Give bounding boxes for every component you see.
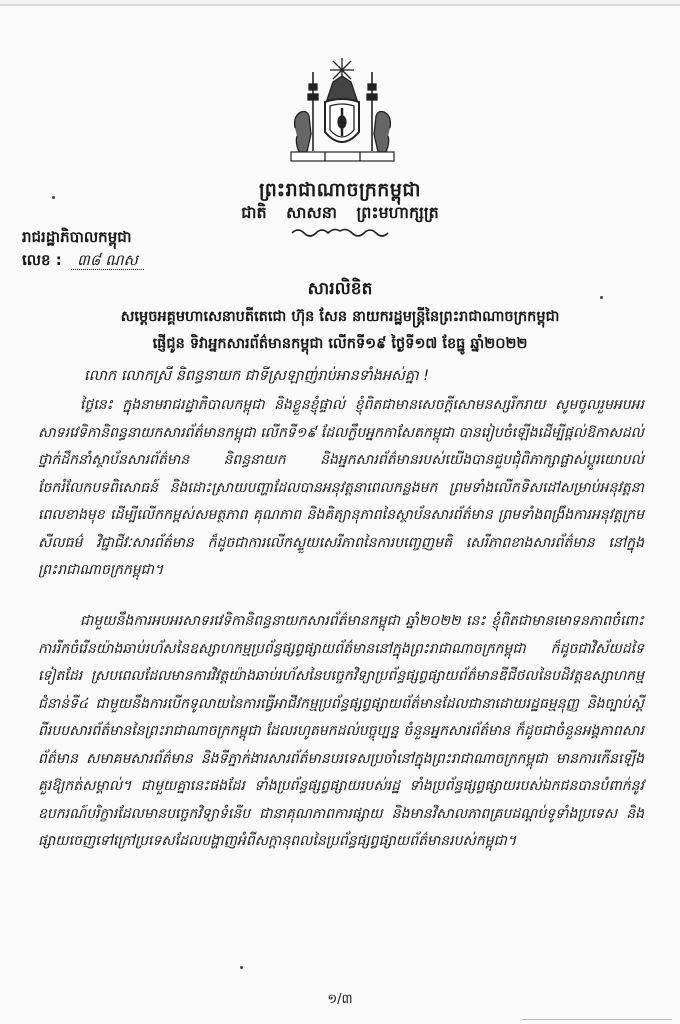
document-subject: សម្តេចអគ្គមហាសេនាបតីតេជោ ហ៊ុន សែន នាយករដ…: [30, 304, 650, 358]
reference-label: លេខ :: [22, 251, 62, 269]
scan-speck: [600, 296, 603, 299]
scan-edge-line: [522, 1019, 672, 1020]
subject-line-2: ផ្ញើជូន ទិវាអ្នកសារព័ត៌មានកម្ពុជា លើកទី១…: [30, 331, 650, 358]
page-number: ១/៣: [0, 991, 680, 1010]
scan-speck: [240, 966, 243, 969]
paragraph-1-text: ថ្ងៃនេះ ក្នុងនាមរាជរដ្ឋាភិបាលកម្ពុជា និង…: [38, 397, 644, 578]
motto-nation: ជាតិ: [241, 203, 266, 222]
reference-number: លេខ : ៣៨ ណស: [22, 251, 144, 273]
subject-line-1: សម្តេចអគ្គមហាសេនាបតីតេជោ ហ៊ុន សែន នាយករដ…: [30, 304, 650, 331]
body-paragraph-2: ជាមួយនឹងការអបអរសាទរវេទិកានិពន្ធនាយកសារព័…: [38, 608, 644, 856]
motto-religion: សាសនា: [286, 203, 337, 222]
motto-king: ព្រះមហាក្សត្រ: [357, 203, 439, 222]
national-motto: ជាតិ សាសនា ព្រះមហាក្សត្រ: [0, 202, 680, 226]
body-paragraph-1: ថ្ងៃនេះ ក្នុងនាមរាជរដ្ឋាភិបាលកម្ពុជា និង…: [38, 392, 644, 585]
issuing-authority: រាជរដ្ឋាភិបាលកម្ពុជា: [22, 228, 132, 250]
royal-coat-of-arms-icon: [285, 56, 400, 168]
document-type-heading: សារលិខិត: [0, 278, 680, 303]
salutation: លោក លោកស្រី និពន្ធនាយក ជាទីស្រឡាញ់រាប់អា…: [84, 367, 429, 388]
reference-value: ៣៨ ណស: [71, 251, 144, 270]
decorative-divider-icon: [290, 226, 390, 238]
document-page: ព្រះរាជាណាចក្រកម្ពុជា ជាតិ សាសនា ព្រះមហា…: [0, 4, 680, 1024]
scan-speck: [52, 196, 55, 199]
paragraph-2-text: ជាមួយនឹងការអបអរសាទរវេទិកានិពន្ធនាយកសារព័…: [38, 613, 644, 849]
